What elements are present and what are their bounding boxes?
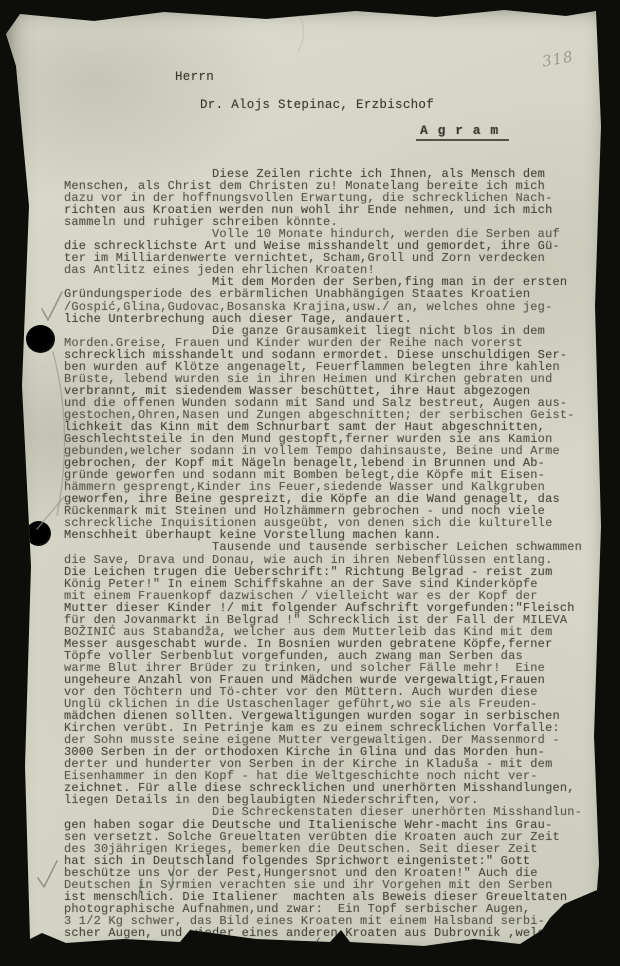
typewritten-line: liche Unterbrechung auch dieser Tage, an… bbox=[64, 313, 594, 325]
typewritten-line: mit einem Frauenkopf dazwischen / vielle… bbox=[64, 590, 594, 602]
typewritten-line: ben wurden auf Klötze angenagelt, Feuerf… bbox=[64, 361, 594, 373]
recipient-city: A g r a m bbox=[416, 123, 509, 141]
typewritten-line: sen versetzt. Solche Greueltaten verübte… bbox=[64, 831, 594, 843]
typewritten-line: Mutter dieser Kinder !/ mit folgender Au… bbox=[64, 602, 594, 614]
typewritten-line: Die Leichen trugen die Ueberschrift:" Ri… bbox=[64, 566, 594, 578]
typewritten-line: die Save, Drava und Donau, wie auch in i… bbox=[64, 554, 594, 566]
recipient-salutation: Herrn bbox=[175, 70, 214, 84]
continuation-mark: ./ bbox=[304, 936, 322, 951]
typewritten-line: König Peter!" In einem Schiffskahne an d… bbox=[64, 578, 594, 590]
typewritten-line: des 30jährigen Krieges, bemerken die Deu… bbox=[64, 843, 594, 855]
typewritten-line: scher Augen, und wieder eines anderen Kr… bbox=[64, 927, 594, 939]
typewritten-line: für den Jovanmarkt in Belgrad !" Schreck… bbox=[64, 614, 594, 626]
typewritten-line: schrecklich misshandelt und sodann ermor… bbox=[64, 349, 594, 361]
typewritten-line: Die ganze Grausamkeit liegt nicht blos i… bbox=[64, 325, 594, 337]
document-page: 318 Herrn Dr. Alojs Stepinac, Erzbischof… bbox=[4, 6, 610, 958]
punch-hole-bottom bbox=[26, 521, 51, 546]
typewritten-line: Die Schreckenstaten dieser unerhörten Mi… bbox=[64, 806, 594, 818]
punch-hole-top bbox=[26, 325, 55, 353]
recipient-name: Dr. Alojs Stepinac, Erzbischof bbox=[200, 98, 434, 112]
scan-background: { "colors":{ "paper":"#d6d6c8", "ink":"#… bbox=[0, 0, 620, 966]
typewritten-line: Morden.Greise, Frauen und Kinder wurden … bbox=[64, 337, 594, 349]
typewritten-line: hat sich in Deutschland folgendes Sprich… bbox=[64, 855, 594, 867]
page-number: 318 bbox=[541, 47, 575, 70]
typewritten-line: Tausende und tausende serbischer Leichen… bbox=[64, 541, 594, 553]
typewritten-line: Gründungsperiode des erbärmlichen Unabhä… bbox=[64, 288, 594, 300]
typewritten-line: Deutschen in Syrmien verachten sie und i… bbox=[64, 879, 594, 891]
typewritten-line: gen haben sogar die Deutsche und Italien… bbox=[64, 819, 594, 831]
letter-body: Diese Zeilen richte ich Ihnen, als Mensc… bbox=[64, 168, 594, 939]
typewritten-line: beschütze uns vor der Pest,Hungersnot un… bbox=[64, 867, 594, 879]
typewritten-line: /Gospić,Glina,Gudovac,Bosanska Krajina,u… bbox=[64, 301, 594, 313]
